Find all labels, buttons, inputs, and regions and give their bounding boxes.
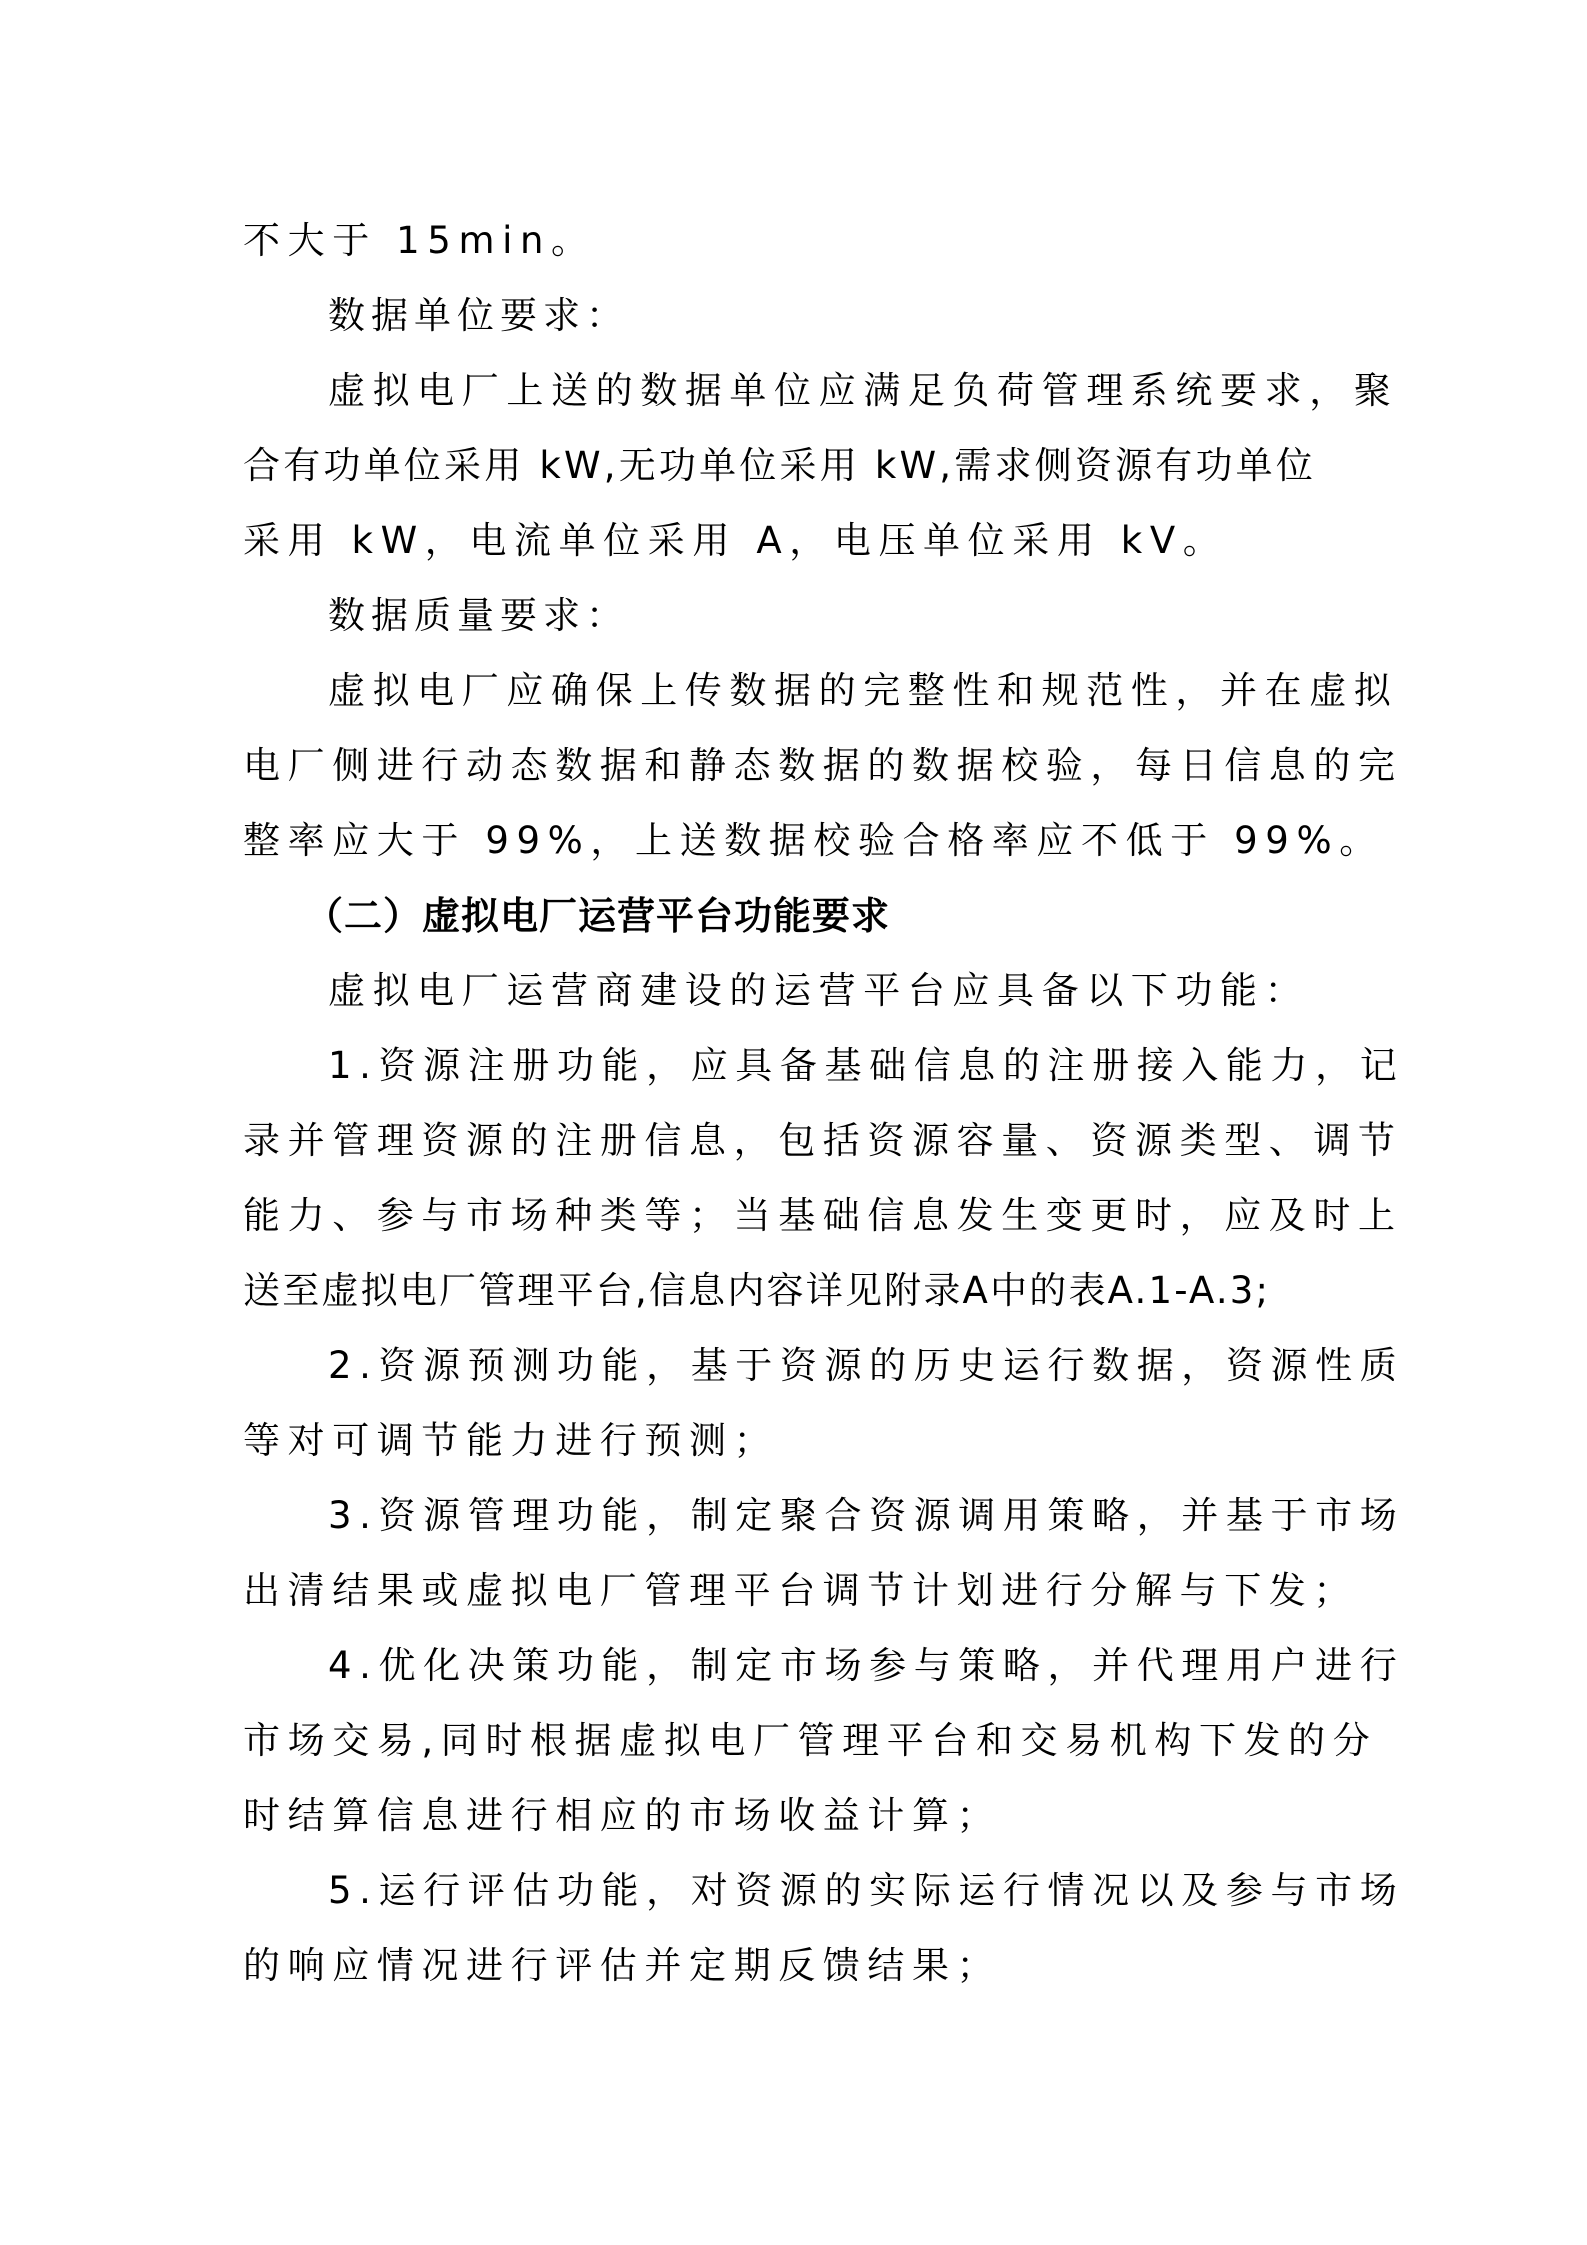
paragraph-data-quality-line-3: 整率应大于 99%，上送数据校验合格率应不低于 99%。 bbox=[243, 813, 1353, 869]
list-item-3-line-1: 3.资源管理功能，制定聚合资源调用策略，并基于市场 bbox=[328, 1488, 1353, 1544]
list-item-1-line-1: 1.资源注册功能，应具备基础信息的注册接入能力，记 bbox=[328, 1038, 1353, 1094]
list-item-3-line-2: 出清结果或虚拟电厂管理平台调节计划进行分解与下发； bbox=[243, 1563, 1353, 1619]
paragraph-data-units-line-2: 合有功单位采用 kW,无功单位采用 kW,需求侧资源有功单位 bbox=[243, 438, 1353, 494]
paragraph-platform-intro: 虚拟电厂运营商建设的运营平台应具备以下功能： bbox=[328, 963, 1353, 1019]
list-item-2-line-2: 等对可调节能力进行预测； bbox=[243, 1413, 1353, 1469]
list-item-2-line-1: 2.资源预测功能，基于资源的历史运行数据，资源性质 bbox=[328, 1338, 1353, 1394]
list-item-4-line-1: 4.优化决策功能，制定市场参与策略，并代理用户进行 bbox=[328, 1638, 1353, 1694]
list-item-4-line-3: 时结算信息进行相应的市场收益计算； bbox=[243, 1788, 1353, 1844]
list-item-4-line-2: 市场交易,同时根据虚拟电厂管理平台和交易机构下发的分 bbox=[243, 1713, 1353, 1769]
paragraph-data-quality-line-1: 虚拟电厂应确保上传数据的完整性和规范性，并在虚拟 bbox=[328, 663, 1353, 719]
list-item-5-line-1: 5.运行评估功能，对资源的实际运行情况以及参与市场 bbox=[328, 1863, 1353, 1919]
paragraph-continuation-interval: 不大于 15min。 bbox=[243, 213, 1353, 269]
subheading-data-unit-requirements: 数据单位要求： bbox=[328, 288, 1353, 344]
paragraph-data-quality-line-2: 电厂侧进行动态数据和静态数据的数据校验，每日信息的完 bbox=[243, 738, 1353, 794]
document-page: 不大于 15min。 数据单位要求： 虚拟电厂上送的数据单位应满足负荷管理系统要… bbox=[0, 0, 1587, 2245]
list-item-1-line-4: 送至虚拟电厂管理平台,信息内容详见附录A中的表A.1-A.3; bbox=[243, 1263, 1353, 1319]
section-heading-platform-functions: （二）虚拟电厂运营平台功能要求 bbox=[305, 888, 1415, 944]
paragraph-data-units-line-3: 采用 kW，电流单位采用 A，电压单位采用 kV。 bbox=[243, 513, 1353, 569]
paragraph-data-units-line-1: 虚拟电厂上送的数据单位应满足负荷管理系统要求，聚 bbox=[328, 363, 1353, 419]
list-item-5-line-2: 的响应情况进行评估并定期反馈结果； bbox=[243, 1938, 1353, 1994]
subheading-data-quality-requirements: 数据质量要求： bbox=[328, 588, 1353, 644]
list-item-1-line-2: 录并管理资源的注册信息，包括资源容量、资源类型、调节 bbox=[243, 1113, 1353, 1169]
list-item-1-line-3: 能力、参与市场种类等；当基础信息发生变更时，应及时上 bbox=[243, 1188, 1353, 1244]
